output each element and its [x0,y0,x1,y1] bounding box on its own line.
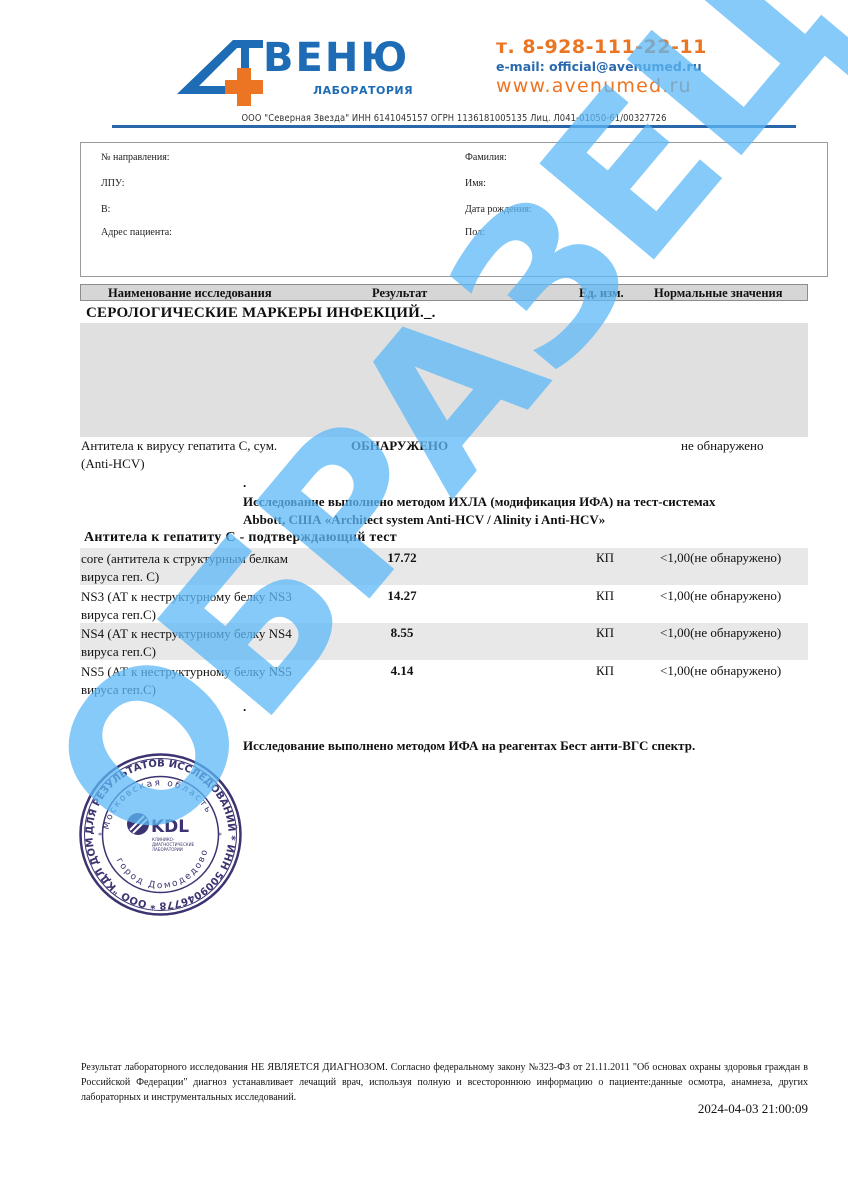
confirm-row-normal: <1,00(не обнаружено) [660,625,781,641]
confirm-row-result: 14.27 [372,588,432,604]
stamp-seal-icon: ДЛЯ РЕЗУЛЬТАТОВ ИССЛЕДОВАНИЙ * ИНН 50090… [78,752,243,917]
results-table-header: Наименование исследования Результат Ед. … [80,284,808,301]
col-normal-range: Нормальные значения [654,286,783,301]
lab-stamp: ДЛЯ РЕЗУЛЬТАТОВ ИССЛЕДОВАНИЙ * ИНН 50090… [78,752,243,917]
birth-date-label: Дата рождения: [465,204,532,215]
confirm-row-test-name: core (антитела к структурным белкамвирус… [81,550,321,586]
screening-test-name: Антитела к вирусу гепатита С, сум. (Anti… [81,437,277,473]
patient-info-box [80,142,828,277]
organization-details: ООО "Северная Звезда" ИНН 6141045157 ОГР… [110,113,798,124]
referral-number-label: № направления: [101,152,170,163]
confirm-row-normal: <1,00(не обнаружено) [660,663,781,679]
screening-name-line1: Антитела к вирусу гепатита С, сум. [81,437,277,455]
screening-name-line2: (Anti-HCV) [81,455,277,473]
confirm-row-unit: КП [580,625,630,641]
lab-contacts: т. 8-928-111-22-11 e-mail: official@aven… [496,36,736,97]
section-shaded-area [80,323,808,437]
confirm-row-test-name: NS5 (АТ к неструктурному белку NS5вируса… [81,663,321,699]
lab-logo: ВЕНЮ ЛАБОРАТОРИЯ [175,32,445,107]
confirm-row-normal: <1,00(не обнаружено) [660,588,781,604]
confirm-row-result: 17.72 [372,550,432,566]
test-name-line2: вируса геп. С) [81,568,321,586]
screening-method: Исследование выполнено методом ИХЛА (мод… [243,493,716,529]
logo-wordmark: ВЕНЮ [263,34,409,82]
screening-normal: не обнаружено [681,437,764,455]
confirm-row-test-name: NS3 (АТ к неструктурному белку NS3вируса… [81,588,321,624]
col-unit: Ед. изм. [579,286,624,301]
svg-text:*: * [98,831,102,840]
col-test-name: Наименование исследования [108,286,272,301]
confirm-row-unit: КП [580,588,630,604]
confirm-row-unit: КП [580,550,630,566]
confirm-method: Исследование выполнено методом ИФА на ре… [243,738,695,754]
test-name-line1: core (антитела к структурным белкам [81,550,321,568]
test-name-line1: NS3 (АТ к неструктурному белку NS3 [81,588,321,606]
svg-text:KDL: KDL [151,817,189,837]
col-result: Результат [372,286,427,301]
screening-method-line2: Abbott, США «Architect system Anti-HCV /… [243,511,716,529]
confirm-row-unit: КП [580,663,630,679]
svg-text:ЛАБОРАТОРИИ: ЛАБОРАТОРИИ [152,847,183,852]
section-title: СЕРОЛОГИЧЕСКИЕ МАРКЕРЫ ИНФЕКЦИЙ._. [86,305,436,322]
screening-dot: . [243,474,246,492]
sex-label: Пол: [465,227,485,238]
surname-label: Фамилия: [465,152,507,163]
confirm-test-title: Антитела к гепатиту С - подтверждающий т… [84,530,397,546]
contact-phone: т. 8-928-111-22-11 [496,36,736,58]
screening-method-line1: Исследование выполнено методом ИХЛА (мод… [243,493,716,511]
test-name-line2: вируса геп.С) [81,643,321,661]
confirm-row-result: 4.14 [372,663,432,679]
patient-address-label: Адрес пациента: [101,227,172,238]
svg-text:город Домодедово: город Домодедово [114,847,211,891]
confirm-row-result: 8.55 [372,625,432,641]
first-name-label: Имя: [465,178,486,189]
test-name-line1: NS4 (АТ к неструктурному белку NS4 [81,625,321,643]
test-name-line1: NS5 (АТ к неструктурному белку NS5 [81,663,321,681]
logo-subtitle: ЛАБОРАТОРИЯ [313,84,413,97]
legal-disclaimer: Результат лабораторного исследования НЕ … [81,1060,808,1105]
header-divider [112,125,796,128]
test-name-line2: вируса геп.С) [81,681,321,699]
confirm-row-test-name: NS4 (АТ к неструктурному белку NS4вируса… [81,625,321,661]
confirm-dot: . [243,698,246,716]
b-label: В: [101,204,110,215]
contact-website: www.avenumed.ru [496,75,736,97]
svg-text:*: * [218,831,222,840]
screening-result: ОБНАРУЖЕНО [351,437,448,455]
clinic-label: ЛПУ: [101,178,124,189]
confirm-row-normal: <1,00(не обнаружено) [660,550,781,566]
contact-email: e-mail: official@avenumed.ru [496,58,736,75]
print-timestamp: 2024-04-03 21:00:09 [698,1101,808,1117]
test-name-line2: вируса геп.С) [81,606,321,624]
